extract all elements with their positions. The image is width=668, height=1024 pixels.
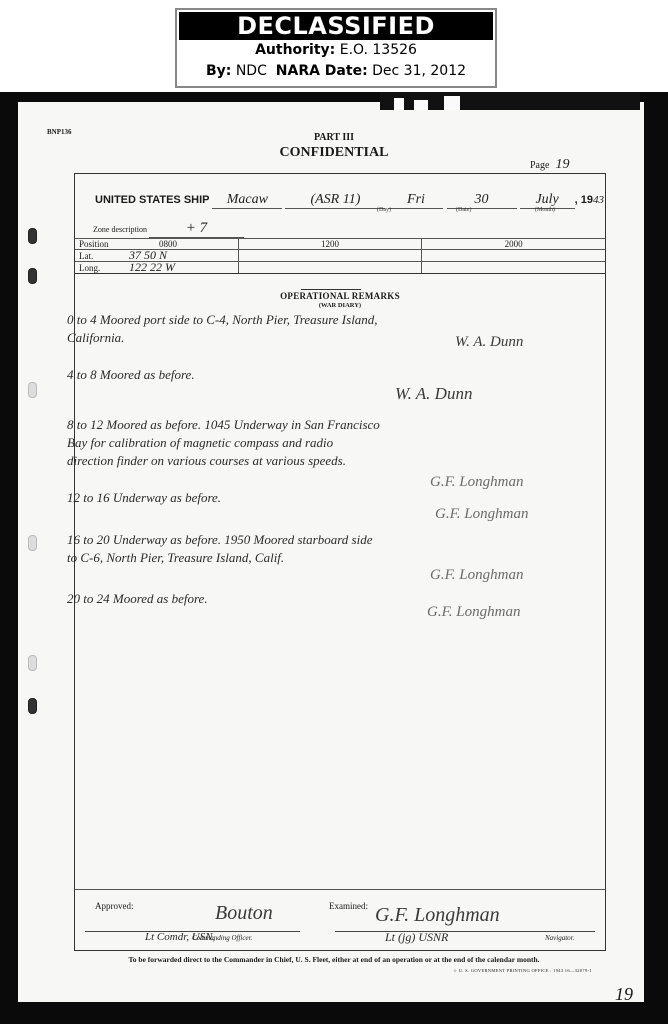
- ship-year: 43: [593, 194, 604, 206]
- watch-signature: G.F. Longhman: [430, 567, 524, 584]
- signoff-divider: [75, 889, 605, 890]
- binder-hole: [28, 698, 37, 714]
- part-heading: PART III: [0, 132, 668, 143]
- ship-day: Fri: [388, 192, 443, 209]
- log-entry: 12 to 16 Underway as before.: [67, 489, 221, 507]
- binder-hole: [28, 268, 37, 284]
- ship-line: UNITED STATES SHIP Macaw (ASR 11) Fri 30…: [95, 192, 604, 209]
- examined-label: Examined:: [329, 901, 368, 911]
- war-diary-form: UNITED STATES SHIP Macaw (ASR 11) Fri 30…: [74, 173, 606, 951]
- signature-line: [335, 931, 595, 932]
- scan-artifact: [380, 92, 640, 110]
- declassified-stamp: DECLASSIFIED Authority: E.O. 13526 By: N…: [175, 8, 497, 88]
- log-entry: 0 to 4 Moored port side to C-4, North Pi…: [67, 311, 378, 347]
- stamp-by: By: NDC NARA Date: Dec 31, 2012: [177, 61, 495, 82]
- remarks-title: OPERATIONAL REMARKS: [75, 291, 605, 301]
- page-number: Page19: [530, 157, 600, 174]
- longitude-0800: 122 22 W: [129, 260, 175, 274]
- page-number-value: 19: [549, 157, 600, 174]
- approved-label: Approved:: [95, 901, 134, 911]
- binder-hole: [28, 655, 37, 671]
- approved-signature: Bouton: [215, 902, 273, 925]
- watch-signature: G.F. Longhman: [430, 474, 524, 491]
- month-label: (Month): [535, 207, 555, 213]
- binder-hole: [28, 228, 37, 244]
- remarks-subtitle: (WAR DIARY): [75, 302, 605, 309]
- date-label: (Date): [456, 207, 471, 213]
- stamp-title: DECLASSIFIED: [179, 12, 493, 40]
- handwritten-page-number: 19: [615, 984, 633, 1005]
- stamp-authority: Authority: E.O. 13526: [177, 40, 495, 61]
- watch-signature: W. A. Dunn: [395, 384, 472, 404]
- log-entry: 16 to 20 Underway as before. 1950 Moored…: [67, 531, 372, 567]
- navigator-label: Navigator.: [545, 934, 574, 942]
- watch-signature: G.F. Longhman: [435, 506, 529, 523]
- printing-office-line: ☆ U. S. GOVERNMENT PRINTING OFFICE : 194…: [453, 968, 592, 974]
- binder-hole: [28, 535, 37, 551]
- ship-name: Macaw: [212, 192, 282, 209]
- log-entry: 20 to 24 Moored as before.: [67, 590, 208, 608]
- binder-hole: [28, 382, 37, 398]
- zone-value: + 7: [149, 220, 244, 238]
- watch-signature: G.F. Longhman: [427, 604, 521, 621]
- day-label: (Day): [377, 207, 391, 213]
- co-label: Commanding Officer.: [192, 934, 252, 942]
- footer-instruction: To be forwarded direct to the Commander …: [0, 955, 668, 964]
- examined-signature: G.F. Longhman: [375, 904, 500, 927]
- position-table: Position0800 1200 2000 Lat.37 50 N Long.…: [75, 238, 605, 274]
- log-entry: 8 to 12 Moored as before. 1045 Underway …: [67, 416, 380, 470]
- watch-signature: W. A. Dunn: [455, 334, 523, 351]
- log-entry: 4 to 8 Moored as before.: [67, 366, 195, 384]
- zone-description: Zone description + 7: [93, 220, 244, 238]
- divider: [301, 289, 361, 290]
- ship-hull: (ASR 11): [285, 192, 385, 209]
- navigator-rank: Lt (jg) USNR: [385, 928, 448, 946]
